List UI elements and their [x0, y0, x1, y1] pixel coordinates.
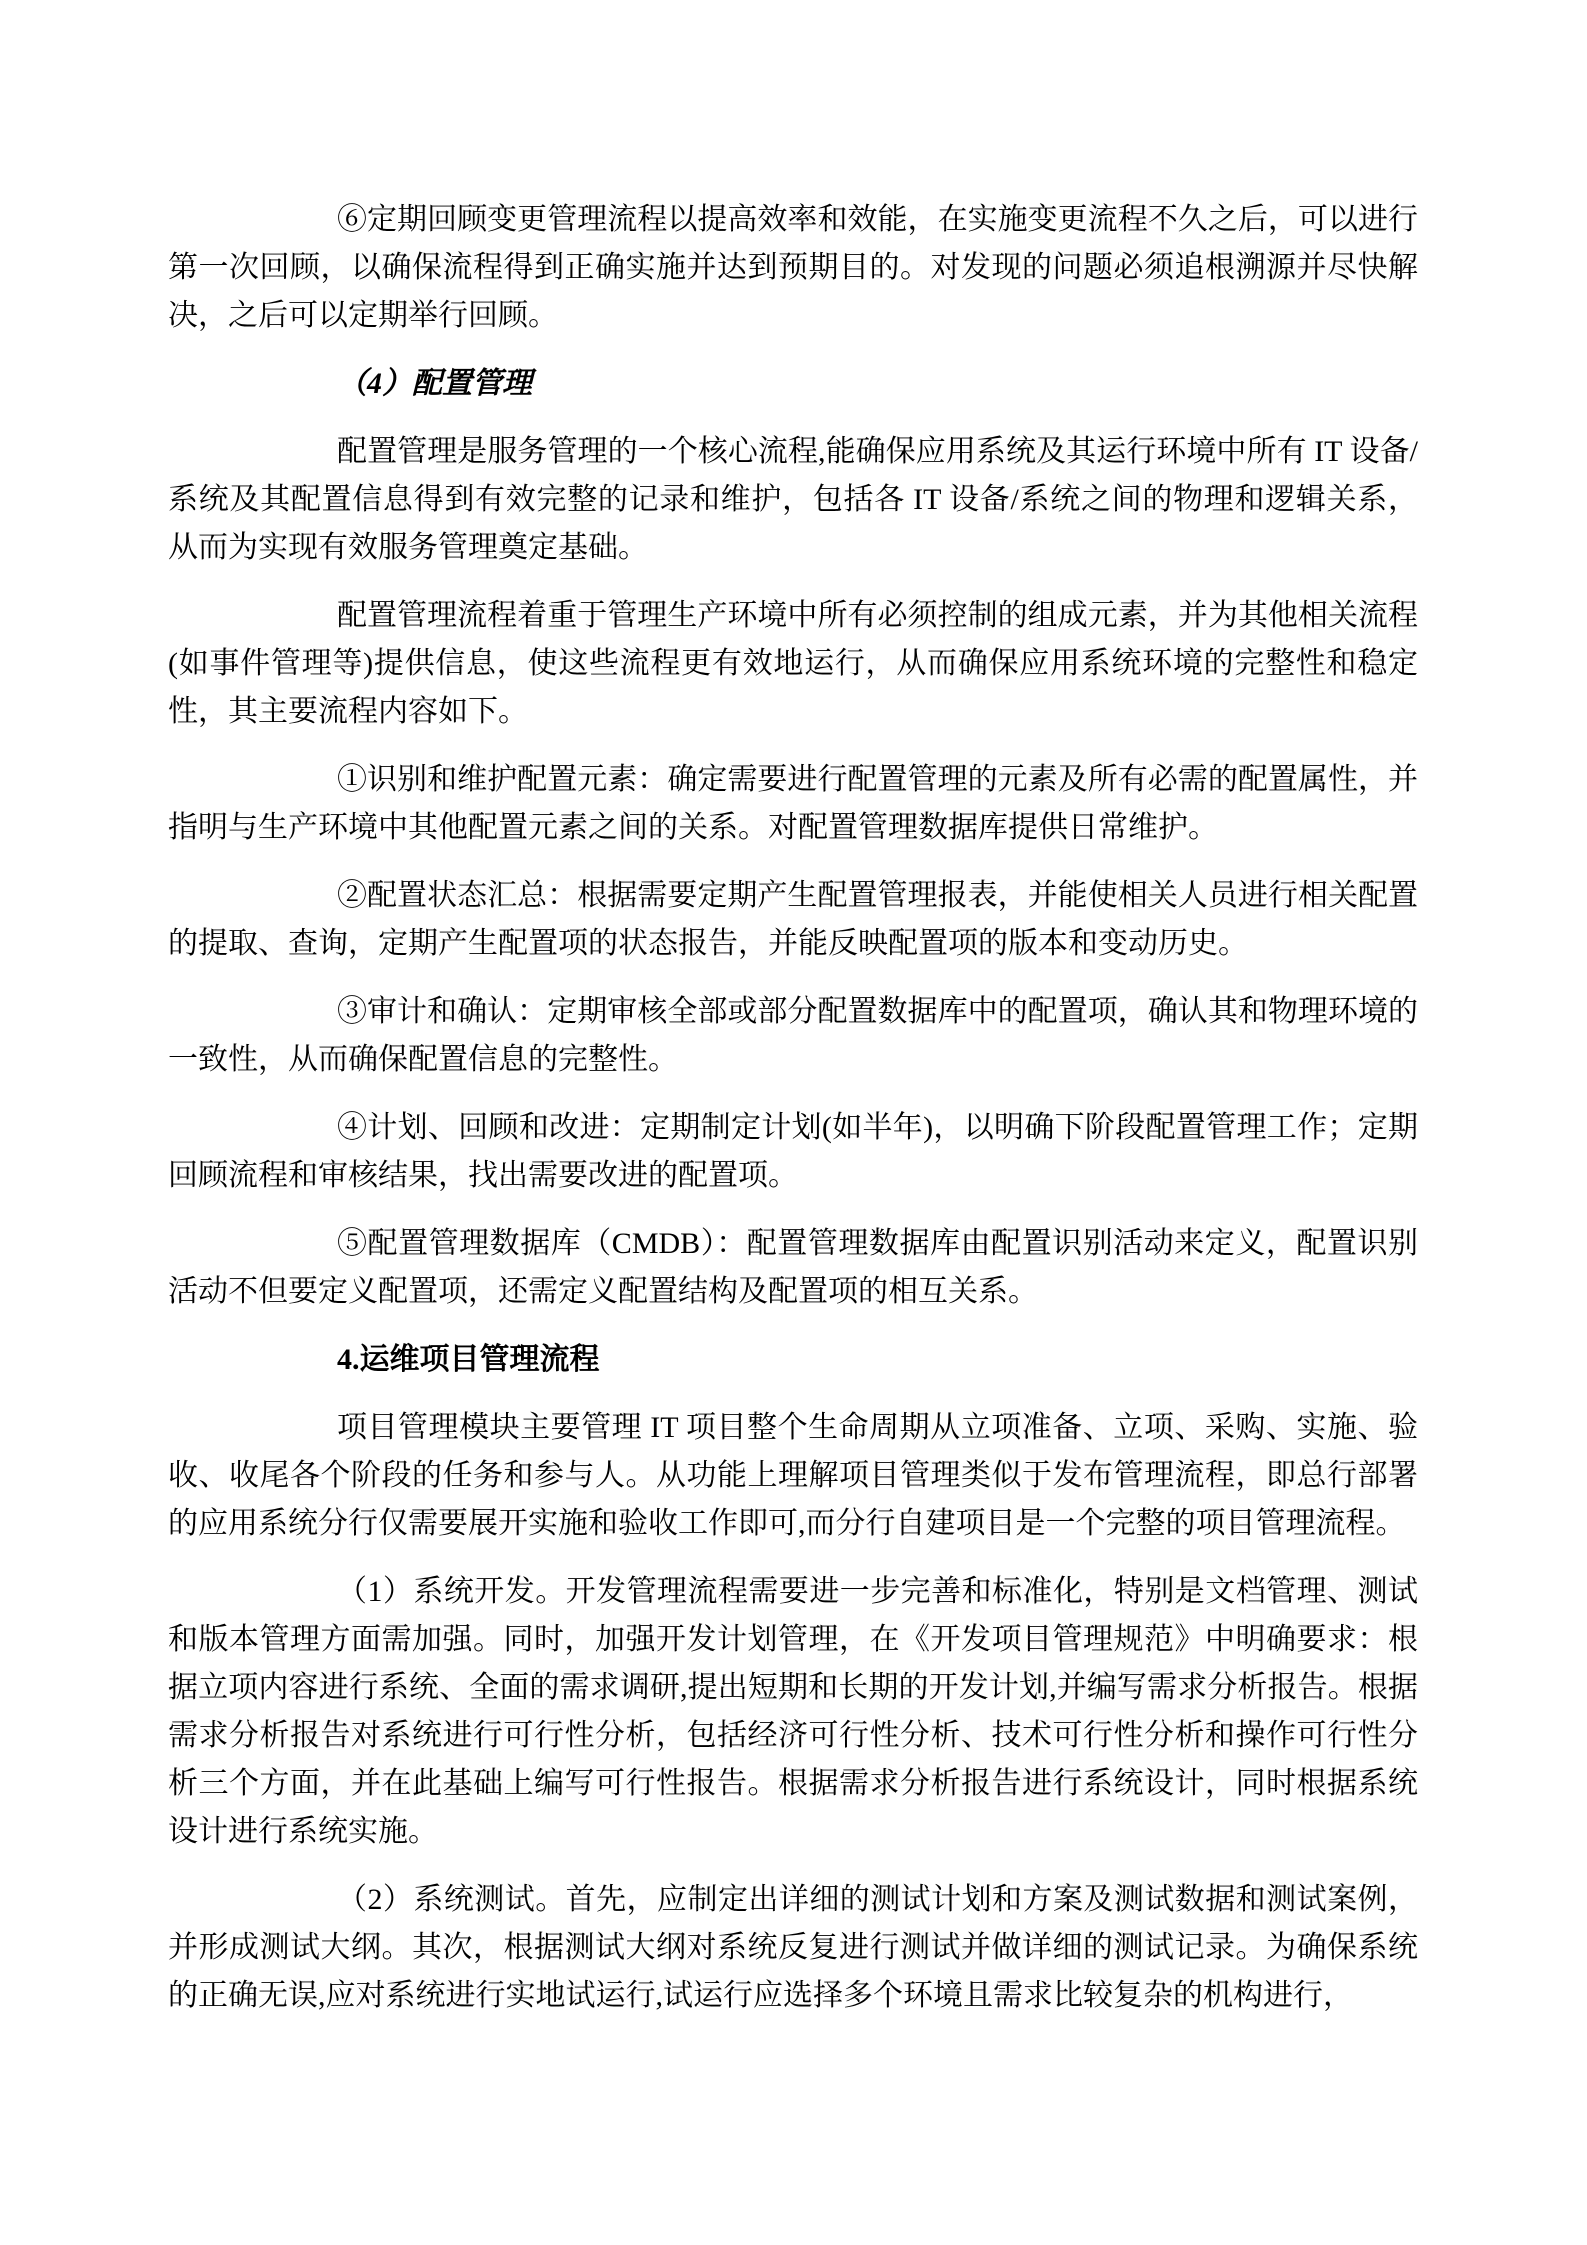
paragraph-item-1-identify-maintain: ①识别和维护配置元素：确定需要进行配置管理的元素及所有必需的配置属性，并指明与生… [168, 756, 1418, 852]
paragraph-item-4-plan-review-improve: ④计划、回顾和改进：定期制定计划(如半年)，以明确下阶段配置管理工作；定期回顾流… [168, 1104, 1418, 1200]
paragraph-2-system-testing: （2）系统测试。首先，应制定出详细的测试计划和方案及测试数据和测试案例，并形成测… [168, 1876, 1418, 2020]
section-heading-configuration-management: （4）配置管理 [168, 360, 1418, 408]
paragraph-item-5-cmdb: ⑤配置管理数据库（CMDB）：配置管理数据库由配置识别活动来定义，配置识别活动不… [168, 1220, 1418, 1316]
section-heading-ops-project-management: 4.运维项目管理流程 [168, 1336, 1418, 1384]
paragraph-item-2-status-summary: ②配置状态汇总：根据需要定期产生配置管理报表，并能使相关人员进行相关配置的提取、… [168, 872, 1418, 968]
paragraph-item-3-audit-confirm: ③审计和确认：定期审核全部或部分配置数据库中的配置项，确认其和物理环境的一致性，… [168, 988, 1418, 1084]
paragraph-config-mgmt-focus: 配置管理流程着重于管理生产环境中所有必须控制的组成元素，并为其他相关流程(如事件… [168, 592, 1418, 736]
paragraph-change-review: ⑥定期回顾变更管理流程以提高效率和效能，在实施变更流程不久之后，可以进行第一次回… [168, 196, 1418, 340]
paragraph-config-mgmt-intro: 配置管理是服务管理的一个核心流程,能确保应用系统及其运行环境中所有 IT 设备/… [168, 428, 1418, 572]
paragraph-1-system-development: （1）系统开发。开发管理流程需要进一步完善和标准化，特别是文档管理、测试和版本管… [168, 1568, 1418, 1856]
document-page: ⑥定期回顾变更管理流程以提高效率和效能，在实施变更流程不久之后，可以进行第一次回… [0, 0, 1587, 2245]
paragraph-project-mgmt-module: 项目管理模块主要管理 IT 项目整个生命周期从立项准备、立项、采购、实施、验收、… [168, 1404, 1418, 1548]
